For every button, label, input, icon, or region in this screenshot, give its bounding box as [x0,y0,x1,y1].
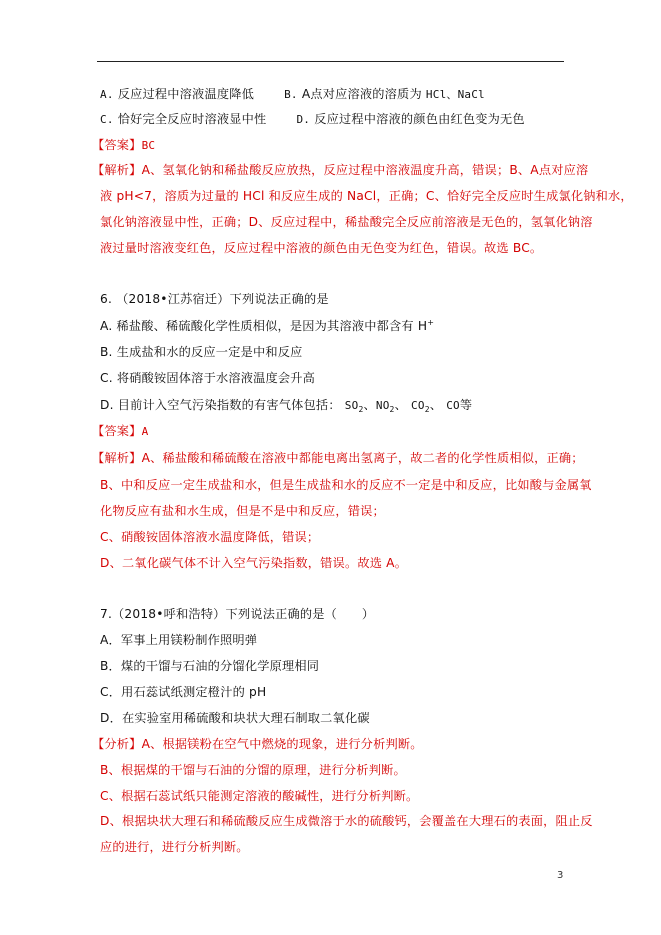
q5-option-c-label: C. [100,113,114,126]
q7-option-a: A．军事上用镁粉制作照明弹 [100,632,257,648]
q5-analysis-tag: 【解析】 [92,163,142,177]
page-number: 3 [557,870,563,881]
q6-analysis-line-1: 【解析】A、稀盐酸和稀硫酸在溶液中都能电离出氢离子，故二者的化学性质相似，正确； [92,450,584,466]
gas-3: CO2 [411,399,430,412]
q5-option-b-text: A点对应溶液的溶质为 [302,87,422,101]
gas-2: NO2 [376,399,395,412]
q6-answer-tag: 【答案】 [92,424,142,438]
q5-option-a-text: 反应过程中溶液温度降低 [118,87,254,101]
q6-option-d: D. 目前计入空气污染指数的有害气体包括： SO2、NO2、 CO2、 CO等 [100,397,472,414]
q5-answer: 【答案】BC [92,137,155,154]
q5-options-cd: C. 恰好完全反应时溶液显中性 D. 反应过程中溶液的颜色由红色变为无色 [100,111,525,128]
q6-analysis-line-3: 化物反应有盐和水生成，但是不是中和反应，错误； [100,503,385,519]
q7-analysis-line-2: B、根据煤的干馏与石油的分馏的原理，进行分析判断。 [100,762,406,778]
q5-analysis-line-4: 液过量时溶液变红色，反应过程中溶液的颜色由无色变为红色，错误。故选 BC。 [100,240,542,256]
q7-analysis-line-1: 【分析】A、根据镁粉在空气中燃烧的现象，进行分析判断。 [92,736,423,752]
q6-analysis-line-5: D、二氧化碳气体不计入空气污染指数，错误。故选 A。 [100,555,407,571]
q7-analysis-tag: 【分析】 [92,737,142,751]
q6-option-a-sup: + [427,318,434,327]
q5-option-a-label: A. [100,88,114,101]
q7-analysis-line-4: D、根据块状大理石和稀硫酸反应生成微溶于水的硫酸钙，会覆盖在大理石的表面，阻止反 [100,813,593,829]
q5-option-c-text: 恰好完全反应时溶液显中性 [118,112,267,126]
q5-answer-tag: 【答案】 [92,138,142,152]
gas-4: CO [446,399,460,412]
q5-analysis-line-2: 液 pH<7，溶质为过量的 HCl 和反应生成的 NaCl，正确；C、恰好完全反… [100,188,633,204]
q6-analysis-line-2: B、中和反应一定生成盐和水，但是生成盐和水的反应不一定是中和反应，比如酸与金属氧 [100,477,592,493]
q6-option-b: B. 生成盐和水的反应一定是中和反应 [100,344,303,360]
q6-answer: 【答案】A [92,423,148,440]
q6-analysis-tag: 【解析】 [92,451,142,465]
q5-option-d-label: D. [296,113,310,126]
q7-analysis-line-3: C、根据石蕊试纸只能测定溶液的酸碱性，进行分析判断。 [100,788,418,804]
q5-answer-value: BC [142,139,156,152]
q6-option-a: A. 稀盐酸、稀硫酸化学性质相似，是因为其溶液中都含有 H+ [100,318,434,334]
q5-option-d-text: 反应过程中溶液的颜色由红色变为无色 [314,112,525,126]
q5-option-b-label: B. [284,88,298,101]
q7-option-c: C．用石蕊试纸测定橙汁的 pH [100,684,266,700]
q5-analysis-line-3: 氯化钠溶液显中性，正确；D、反应过程中，稀盐酸完全反应前溶液是无色的，氢氧化钠溶 [100,214,593,230]
q6-analysis-line-4: C、硝酸铵固体溶液水温度降低，错误； [100,529,319,545]
q7-option-d: D．在实验室用稀硫酸和块状大理石制取二氧化碳 [100,710,370,726]
q5-options-ab: A. 反应过程中溶液温度降低 B. A点对应溶液的溶质为 HCl、NaCl [100,86,485,103]
gas-1: SO2 [345,399,364,412]
q6-answer-value: A [142,425,149,438]
q7-stem: 7.（2018•呼和浩特）下列说法正确的是（ ） [100,606,374,622]
q5-option-b-formula: HCl、NaCl [426,88,485,101]
q6-option-c: C. 将硝酸铵固体溶于水溶液温度会升高 [100,370,315,386]
q7-option-b: B．煤的干馏与石油的分馏化学原理相同 [100,658,319,674]
q7-analysis-line-5: 应的进行，进行分析判断。 [100,839,249,855]
header-rule [97,61,564,62]
q6-stem: 6. （2018•江苏宿迁）下列说法正确的是 [100,291,329,307]
q5-analysis-line-1: 【解析】A、氢氧化钠和稀盐酸反应放热，反应过程中溶液温度升高，错误；B、A点对应… [92,162,588,178]
